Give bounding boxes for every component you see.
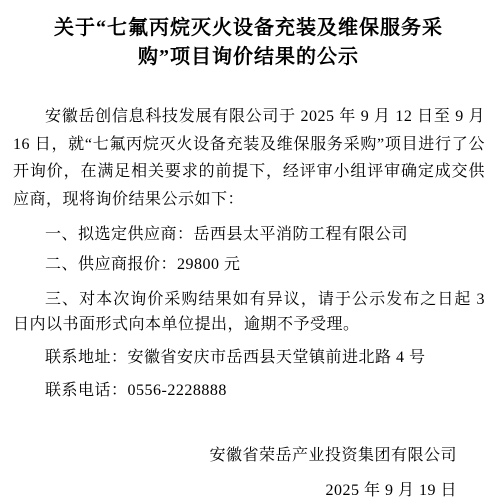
contact-phone: 联系电话：0556-2228888: [13, 378, 485, 403]
item-supplier-quote: 二、供应商报价：29800 元: [13, 252, 485, 277]
page-title-line-2: 购”项目询价结果的公示: [18, 43, 479, 72]
intro-paragraph: 安徽岳创信息科技发展有限公司于 2025 年 9 月 12 日至 9 月 16 …: [13, 103, 485, 213]
signature-company-name: 安徽省荣岳产业投资集团有限公司: [13, 443, 457, 468]
announcement-document: 关于“七氟丙烷灭火设备充装及维保服务采 购”项目询价结果的公示 安徽岳创信息科技…: [0, 0, 497, 504]
item-selected-supplier: 一、拟选定供应商：岳西县太平消防工程有限公司: [13, 222, 485, 247]
signature-date: 2025 年 9 月 19 日: [13, 478, 457, 503]
document-body: 安徽岳创信息科技发展有限公司于 2025 年 9 月 12 日至 9 月 16 …: [0, 103, 497, 503]
page-title-line-1: 关于“七氟丙烷灭火设备充装及维保服务采: [18, 14, 479, 43]
contact-address: 联系地址：安徽省安庆市岳西县天堂镇前进北路 4 号: [13, 345, 485, 370]
item-objection-notice: 三、对本次询价采购结果如有异议，请于公示发布之日起 3 日内以书面形式向本单位提…: [13, 287, 485, 337]
page-title: 关于“七氟丙烷灭火设备充装及维保服务采 购”项目询价结果的公示: [18, 14, 479, 72]
